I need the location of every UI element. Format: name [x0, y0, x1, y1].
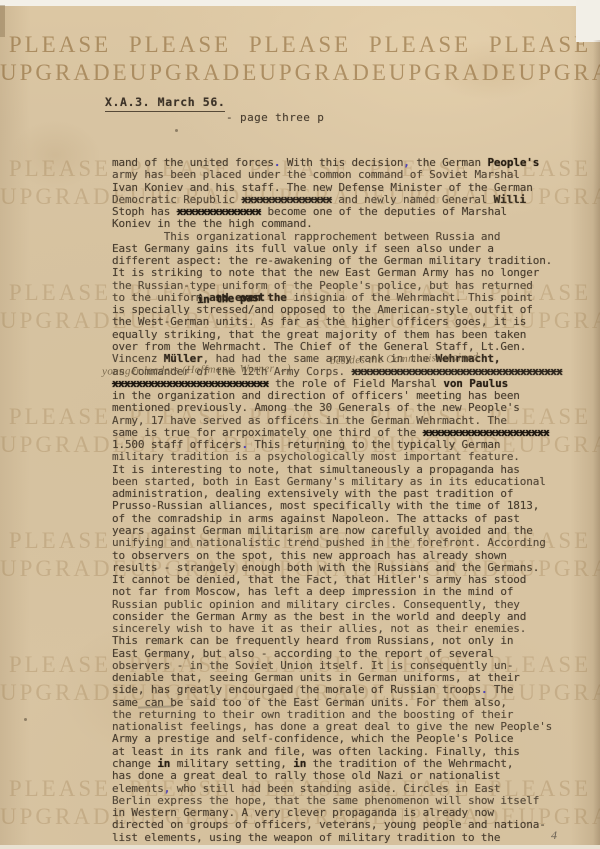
- watermark-word: UPGRADE: [259, 61, 389, 85]
- scan-edge-right-shadow: [593, 40, 600, 849]
- watermark-word: PLEASE: [360, 33, 480, 57]
- watermark-word: PLEASE: [120, 33, 240, 57]
- watermark-word: UPGRADE: [0, 433, 130, 457]
- document-line: Berlin express the hope, that the same p…: [112, 795, 572, 807]
- document-line: Russian public opinion and military circ…: [112, 599, 572, 611]
- document-line: This organizational rapprochement betwee…: [112, 231, 572, 243]
- paper-speck: [24, 718, 27, 721]
- watermark-word: UPGRADE: [0, 61, 130, 85]
- watermark-word: PLEASE: [0, 33, 120, 57]
- paper-stain: [10, 120, 100, 190]
- watermark-word: UPGRADE: [0, 309, 130, 333]
- scan-edge-top-right: [576, 0, 600, 42]
- handwritten-corner-mark: 4: [551, 828, 557, 843]
- watermark-word: PLEASE: [0, 529, 120, 553]
- watermark-word: UPGRADE: [0, 805, 130, 829]
- document-line: nationalist feelings, has done a great d…: [112, 721, 572, 733]
- scan-edge-left-dark: [0, 5, 5, 37]
- watermark-word: PLEASE: [0, 157, 120, 181]
- watermark-word: PLEASE: [0, 653, 120, 677]
- document-line: unifying and nationalistic trend pushed …: [112, 537, 572, 549]
- watermark-word: UPGRADE: [519, 61, 600, 85]
- watermark-word: UPGRADE: [389, 61, 519, 85]
- document-line: military tradition is a psychologically …: [112, 451, 572, 463]
- watermark-word: PLEASE: [240, 33, 360, 57]
- document-line: Army, 17 have served as officers in the …: [112, 415, 572, 427]
- scanned-page: PLEASEPLEASEPLEASEPLEASEPLEASEUPGRADEUPG…: [0, 0, 600, 849]
- watermark-word: PLEASE: [0, 405, 120, 429]
- watermark-word: UPGRADE: [0, 681, 130, 705]
- watermark-word: PLEASE: [0, 777, 120, 801]
- document-line: as Commander of the 12th Army Corps. xxx…: [112, 366, 572, 378]
- document-line: sincerely wish to have it as their allie…: [112, 623, 572, 635]
- document-line: list elements, using the weapon of milit…: [112, 832, 572, 844]
- watermark-word: UPGRADE: [0, 557, 130, 581]
- scan-edge-bottom: [0, 845, 600, 849]
- watermark-word: UPGRADE: [0, 185, 130, 209]
- document-line: army has been placed under the common co…: [112, 169, 572, 181]
- document-line: Democratic Republic xxxxxxxxxxxxxxx and …: [112, 194, 572, 206]
- document-reference-header: X.A.3. March 56.: [105, 95, 225, 112]
- watermark-row: PLEASEPLEASEPLEASEPLEASEPLEASEUPGRADEUPG…: [0, 33, 600, 85]
- document-body: mand of the united forces. With this dec…: [112, 157, 572, 844]
- scan-edge-top: [0, 0, 600, 6]
- page-number-label: - page three p: [226, 111, 324, 124]
- document-line: observers - in the Soviet Union itself. …: [112, 660, 572, 672]
- paper-stain: [430, 40, 550, 100]
- paper-speck: [175, 129, 178, 132]
- document-line: to the uniform and even the insignia of …: [112, 292, 572, 304]
- document-line: been started, both in East Germany's mil…: [112, 476, 572, 488]
- watermark-word: PLEASE: [0, 281, 120, 305]
- watermark-word: UPGRADE: [130, 61, 260, 85]
